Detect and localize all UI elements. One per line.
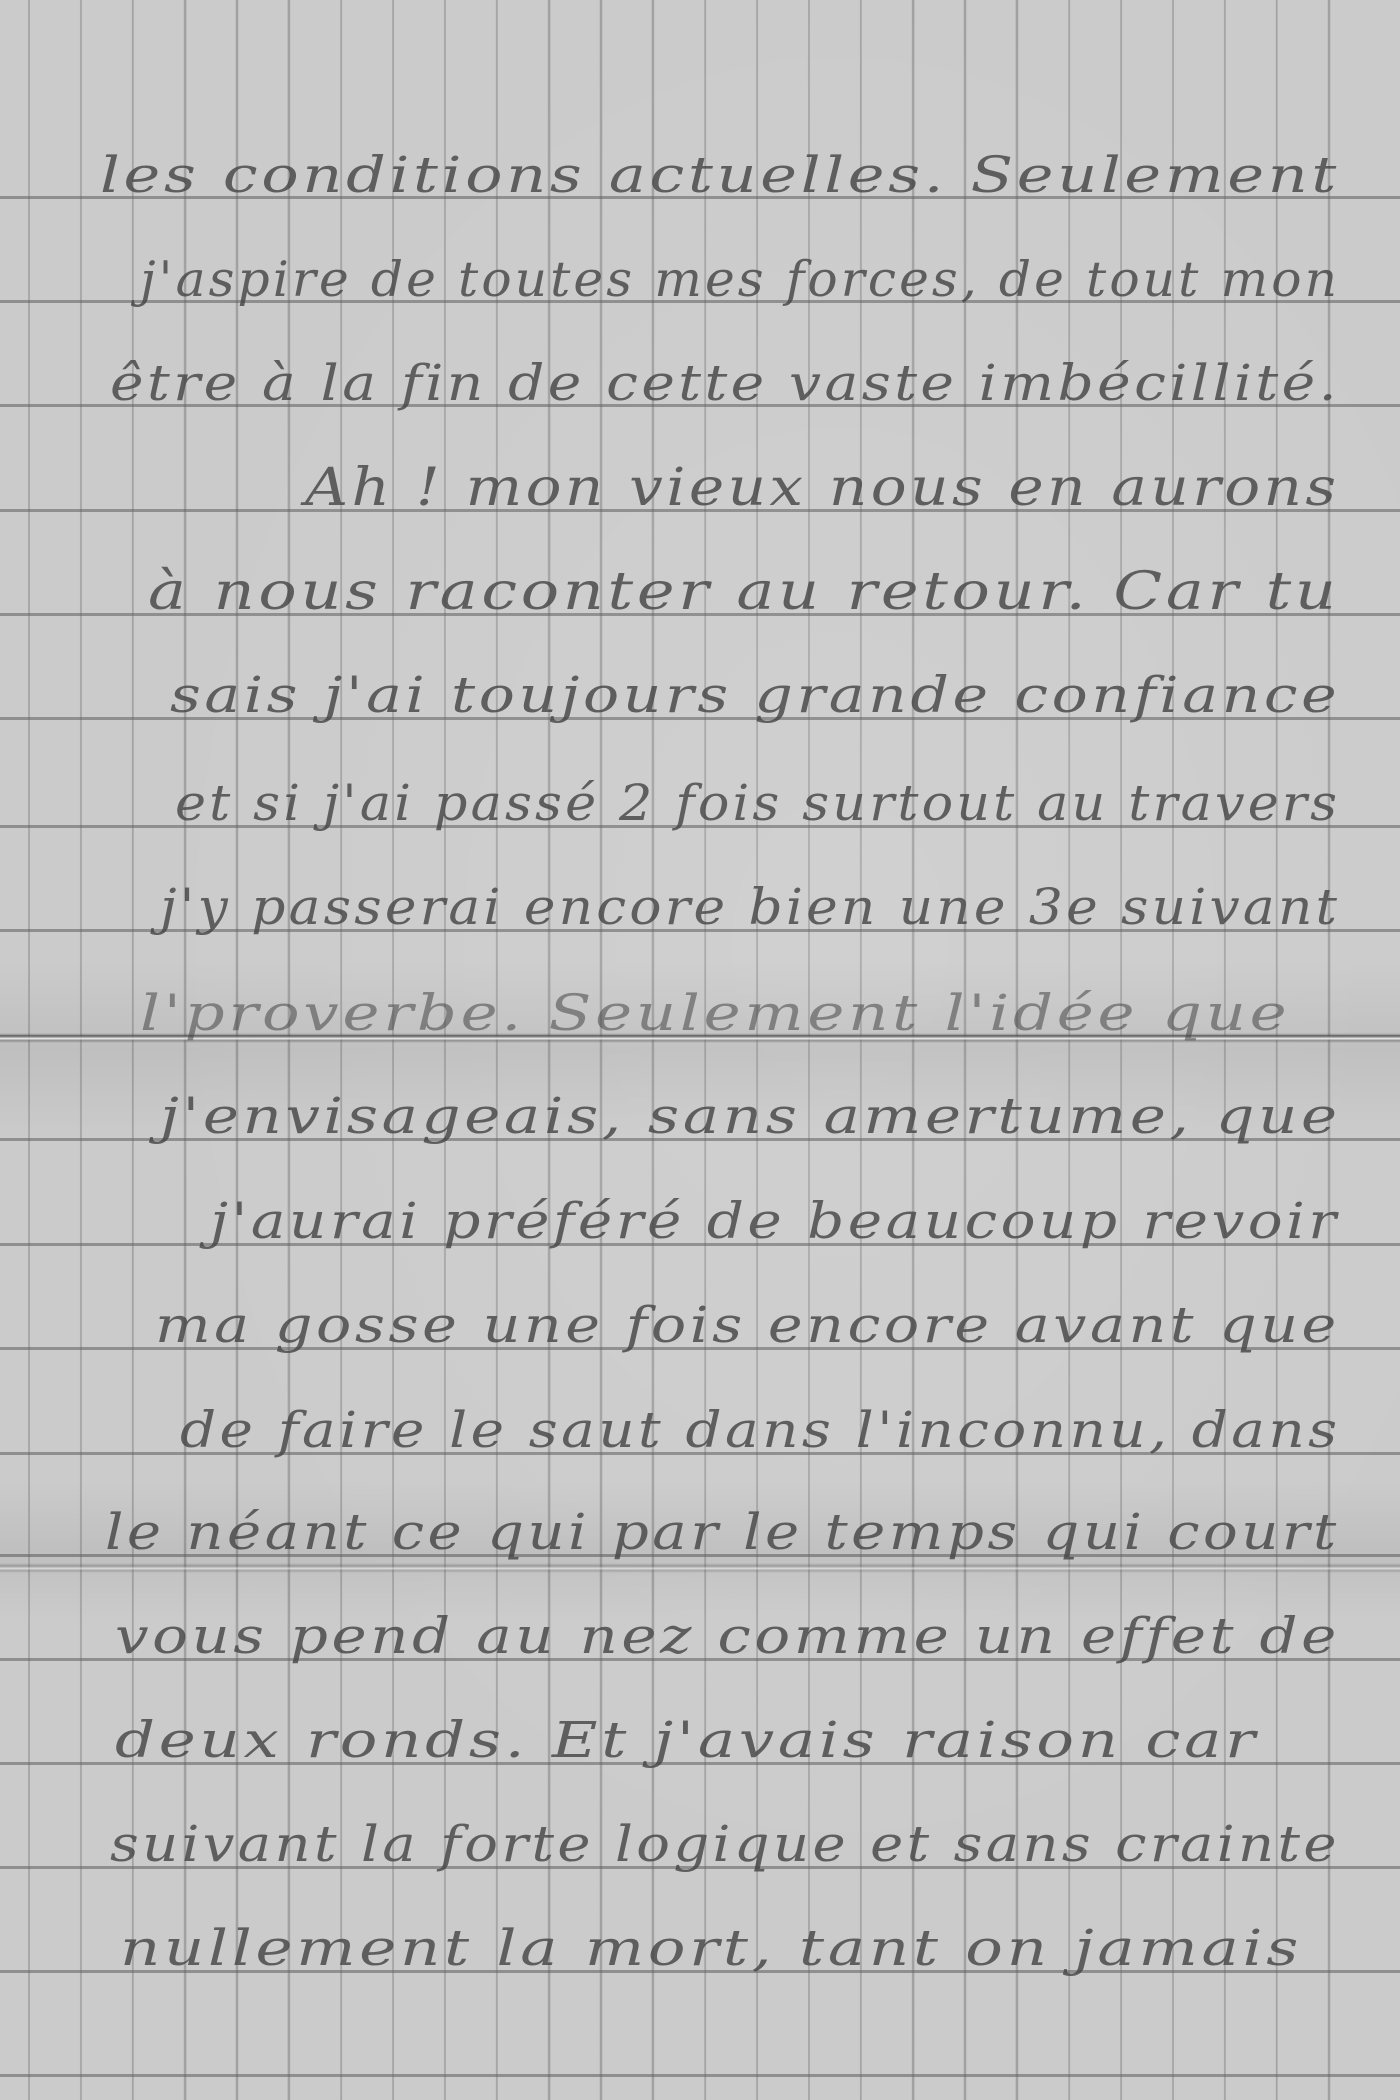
handwritten-line: vous pend au nez comme un effet de bbox=[115, 1611, 1340, 1661]
handwritten-line: nullement la mort, tant on jamais bbox=[120, 1923, 1302, 1973]
handwritten-line: être à la fin de cette vaste imbécillité… bbox=[110, 358, 1340, 408]
handwritten-line: j'envisageais, sans amertume, que bbox=[160, 1091, 1341, 1141]
handwritten-line: le néant ce qui par le temps qui court bbox=[105, 1507, 1340, 1557]
handwritten-line: Ah ! mon vieux nous en aurons bbox=[305, 462, 1339, 514]
handwritten-line: suivant la forte logique et sans crainte bbox=[110, 1819, 1340, 1869]
fold-crease bbox=[0, 1563, 1400, 1573]
handwritten-line: j'aspire de toutes mes forces, de tout m… bbox=[140, 255, 1340, 304]
ruled-line bbox=[0, 2074, 1400, 2077]
letter-page: les conditions actuelles. Seulement j'as… bbox=[0, 0, 1400, 2100]
handwritten-line: à nous raconter au retour. Car tu bbox=[148, 566, 1340, 618]
handwritten-line: les conditions actuelles. Seulement bbox=[100, 150, 1340, 200]
handwritten-line: j'aurai préféré de beaucoup revoir bbox=[210, 1196, 1340, 1246]
handwritten-line: de faire le saut dans l'inconnu, dans bbox=[180, 1405, 1341, 1455]
handwritten-line: deux ronds. Et j'avais raison car bbox=[115, 1715, 1259, 1765]
handwritten-line: sais j'ai toujours grande confiance bbox=[170, 670, 1340, 720]
handwritten-line: l'proverbe. Seulement l'idée que bbox=[140, 988, 1290, 1038]
handwritten-line: ma gosse une fois encore avant que bbox=[155, 1300, 1340, 1350]
handwritten-line: et si j'ai passé 2 fois surtout au trave… bbox=[175, 778, 1340, 828]
handwritten-line: j'y passerai encore bien une 3e suivant bbox=[160, 882, 1340, 932]
